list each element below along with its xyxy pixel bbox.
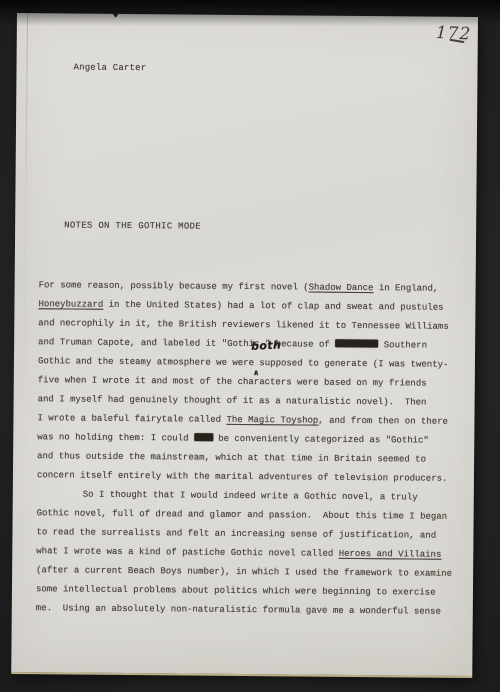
body-text: concern itself entirely with the marital… <box>37 470 448 484</box>
insertion-word: both <box>251 336 282 356</box>
body-text: , and from then on there <box>318 416 448 427</box>
body-text: and Truman Capote, and labeled it "Gothi… <box>38 337 335 350</box>
body-text: supposed to generate (I was twenty- <box>254 358 449 370</box>
body-text: For some reason, possibly because my fir… <box>39 280 309 292</box>
text-line: me. Using an absolutely non-naturalistic… <box>36 599 466 622</box>
body-text: what I wrote was a kind of pastiche Goth… <box>36 546 339 559</box>
body-text: some intellectual problems about politic… <box>36 584 436 597</box>
paper-crease <box>24 13 28 408</box>
photo-background: 172 Angela Carter NOTES ON THE GOTHIC MO… <box>0 0 500 692</box>
paper-edge-notch <box>112 13 119 18</box>
manuscript-body: For some reason, possibly because my fir… <box>36 276 469 622</box>
body-text: (after a current Beach Boys number), in … <box>36 565 452 579</box>
underlined-title-text: The Magic Toyshop <box>226 415 318 426</box>
underlined-title-text: Shadow Dance <box>309 283 374 294</box>
body-text: Gothic and the steamy atmosphere we were <box>38 356 254 368</box>
underlined-title-text: Honeybuzzard <box>38 299 103 310</box>
document-title: NOTES ON THE GOTHIC MODE <box>64 220 201 231</box>
body-text: me. Using an absolutely non-naturalistic… <box>36 603 441 617</box>
redaction-mark <box>335 339 378 348</box>
manuscript-page: 172 Angela Carter NOTES ON THE GOTHIC MO… <box>11 13 478 678</box>
body-text: to read the surrealists and felt an incr… <box>36 527 436 540</box>
body-text: Gothic novel, full of dread and glamor a… <box>37 508 448 522</box>
body-text: in the United States) had a lot of clap … <box>103 300 443 313</box>
body-text: and thus outside the mainstream, which a… <box>37 451 426 464</box>
body-text: Southern <box>378 340 427 350</box>
body-text: in England, <box>373 283 438 294</box>
underlined-title-text: Heroes and Villains <box>339 549 442 560</box>
body-text: I wrote a baleful fairytale called <box>37 413 226 425</box>
body-text: and necrophily in it, the British review… <box>38 318 449 332</box>
caret-mark: ∧ <box>253 369 260 377</box>
body-text: So I thought that I would indeed write a… <box>83 490 418 503</box>
body-text: was no holding them: I could <box>37 432 194 443</box>
body-text: and I myself had genuinely thought of it… <box>38 394 427 407</box>
author-name: Angela Carter <box>73 62 146 73</box>
page-number-handwritten: 172 <box>435 23 471 42</box>
redaction-mark <box>194 433 213 442</box>
body-text: be conveniently categorized as "Gothic" <box>213 434 429 446</box>
body-text: five when I wrote it and most of the cha… <box>38 375 427 388</box>
